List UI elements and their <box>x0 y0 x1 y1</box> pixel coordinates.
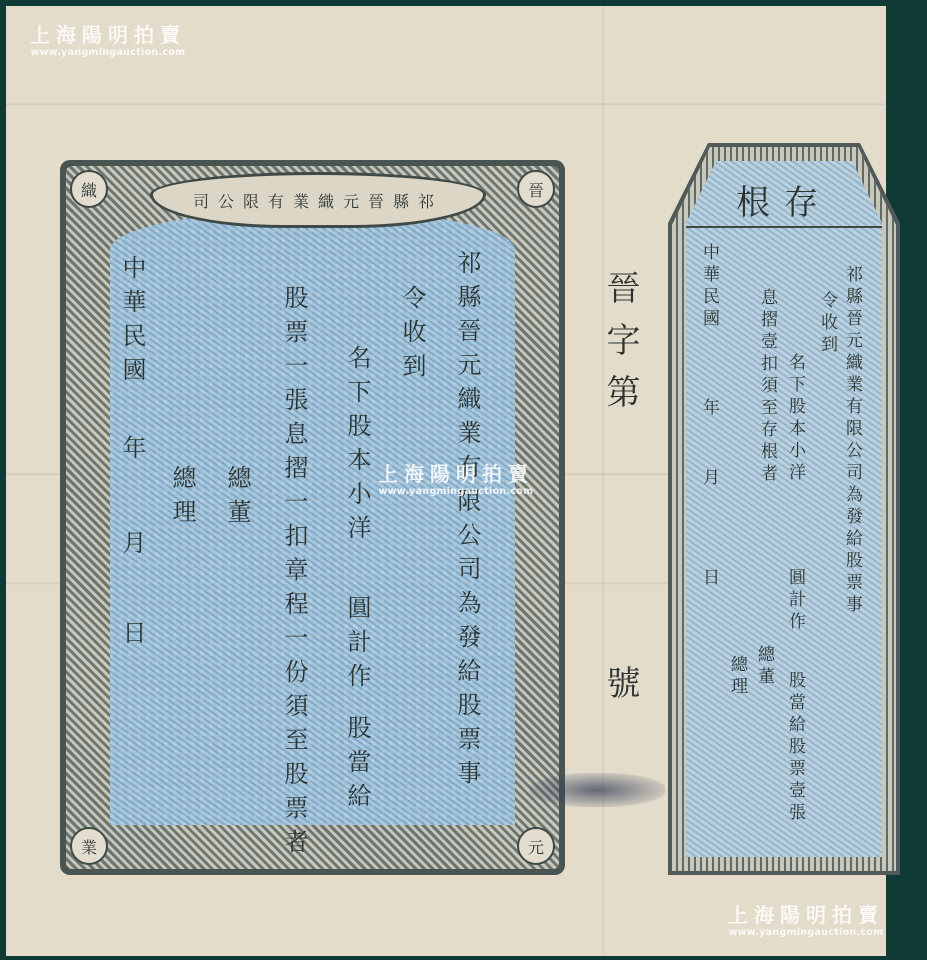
ink-stamp-smudge <box>530 773 665 807</box>
stub-col-director: 總董 <box>755 645 772 689</box>
watermark-top-left: 上海陽明拍賣 www.yangmingauction.com <box>30 25 186 58</box>
company-name: 祁縣晉元織業有限公司 <box>193 189 443 212</box>
cert-col-month: 月 <box>120 530 144 564</box>
stub-col-year: 年 <box>700 398 717 420</box>
stub-col-received: 令收到 <box>818 291 835 357</box>
corner-seal-top-left: 織 <box>70 170 108 208</box>
watermark-url: www.yangmingauction.com <box>728 928 884 938</box>
stub-col-day: 日 <box>700 568 717 590</box>
counterfoil-stub: 存根 祁縣晉元織業有限公司為發給股票事 令收到 名下股本小洋 圓計作 股當給股票… <box>668 143 900 875</box>
cert-col-contents: 股票一張息摺一扣章程一份須至股票者 <box>282 285 306 863</box>
stub-col-passbook: 息摺壹扣須至存根者 <box>758 288 775 486</box>
corner-seal-bottom-left: 業 <box>70 827 108 865</box>
cert-col-republic: 中華民國 <box>120 255 144 391</box>
stub-divider <box>686 226 882 228</box>
corner-seal-bottom-right: 元 <box>517 827 555 865</box>
cert-col-issuer: 祁縣晉元織業有限公司為發給股票事 <box>455 250 479 794</box>
stub-col-shares: 股當給股票壹張 <box>786 671 803 825</box>
cert-col-manager: 總理 <box>170 465 194 533</box>
serial-prefix: 晉字第 <box>596 270 645 426</box>
cert-col-day: 日 <box>120 620 144 654</box>
cert-col-director: 總董 <box>225 465 249 533</box>
cert-col-received: 令收到 <box>400 285 424 387</box>
stub-col-republic: 中華民國 <box>700 243 717 331</box>
stub-col-month: 月 <box>700 468 717 490</box>
stub-col-yuan: 圓計作 <box>786 568 803 634</box>
company-banner: 祁縣晉元織業有限公司 <box>150 172 486 228</box>
cert-col-capital: 名下股本小洋 <box>345 345 369 549</box>
watermark-bottom-right: 上海陽明拍賣 www.yangmingauction.com <box>728 905 884 938</box>
stub-col-manager: 總理 <box>728 655 745 699</box>
corner-seal-top-right: 晉 <box>517 170 555 208</box>
share-certificate: 祁縣晉元織業有限公司 織 晉 業 元 祁縣晉元織業有限公司為發給股票事 令收到 … <box>60 160 565 875</box>
stub-title: 存根 <box>668 175 900 224</box>
stub-col-capital: 名下股本小洋 <box>786 353 803 485</box>
watermark-chinese: 上海陽明拍賣 <box>30 25 186 45</box>
watermark-chinese: 上海陽明拍賣 <box>378 464 534 484</box>
watermark-url: www.yangmingauction.com <box>378 487 534 497</box>
watermark-url: www.yangmingauction.com <box>30 48 186 58</box>
stub-col-issuer: 祁縣晉元織業有限公司為發給股票事 <box>843 265 860 617</box>
cert-col-yuan: 圓計作 <box>345 595 369 697</box>
cert-col-year: 年 <box>120 435 144 469</box>
serial-suffix: 號 <box>596 665 645 717</box>
cert-col-shares: 股當給 <box>345 715 369 817</box>
watermark-chinese: 上海陽明拍賣 <box>728 905 884 925</box>
watermark-center: 上海陽明拍賣 www.yangmingauction.com <box>378 464 534 497</box>
